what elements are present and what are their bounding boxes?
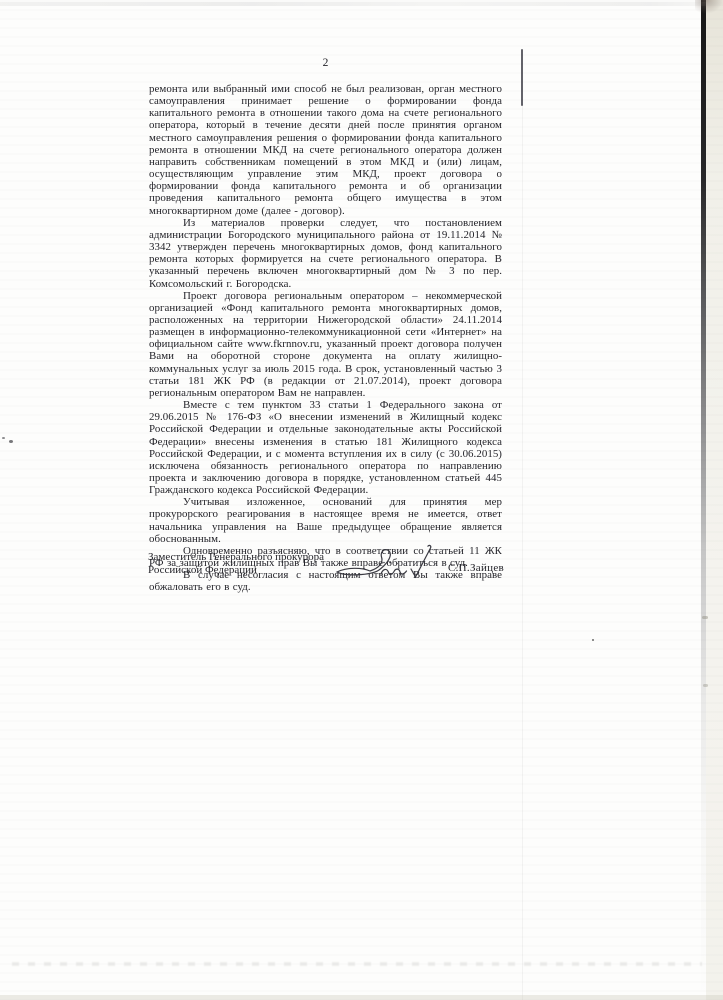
scanned-document-page: 2 ремонта или выбранный ими способ не бы… <box>0 0 723 1000</box>
scan-background-strip <box>706 0 723 1000</box>
paragraph: Проект договора региональным оператором … <box>149 290 502 399</box>
paragraph: Из материалов проверки следует, что пост… <box>149 217 502 290</box>
dust-speck <box>592 639 594 641</box>
dust-speck <box>703 684 708 687</box>
document-body: 2 ремонта или выбранный ими способ не бы… <box>149 57 502 594</box>
bottom-scan-smudge <box>12 962 702 966</box>
signatory-name: С.П.Зайцев <box>448 562 504 574</box>
crease-line <box>522 104 523 1000</box>
top-scan-smudge <box>0 2 723 6</box>
paragraph: Вместе с тем пунктом 33 статьи 1 Федерал… <box>149 399 502 496</box>
bottom-edge-strip <box>0 995 723 1000</box>
paragraph: ремонта или выбранный ими способ не был … <box>149 83 502 217</box>
dust-speck <box>2 437 5 439</box>
page-number: 2 <box>149 57 502 69</box>
dust-speck <box>9 440 13 443</box>
dust-speck <box>702 616 708 619</box>
handwritten-signature <box>331 541 447 585</box>
fold-mark <box>521 49 523 106</box>
page-edge-shadow <box>701 0 706 1000</box>
paragraph: Учитывая изложенное, оснований для приня… <box>149 496 502 545</box>
